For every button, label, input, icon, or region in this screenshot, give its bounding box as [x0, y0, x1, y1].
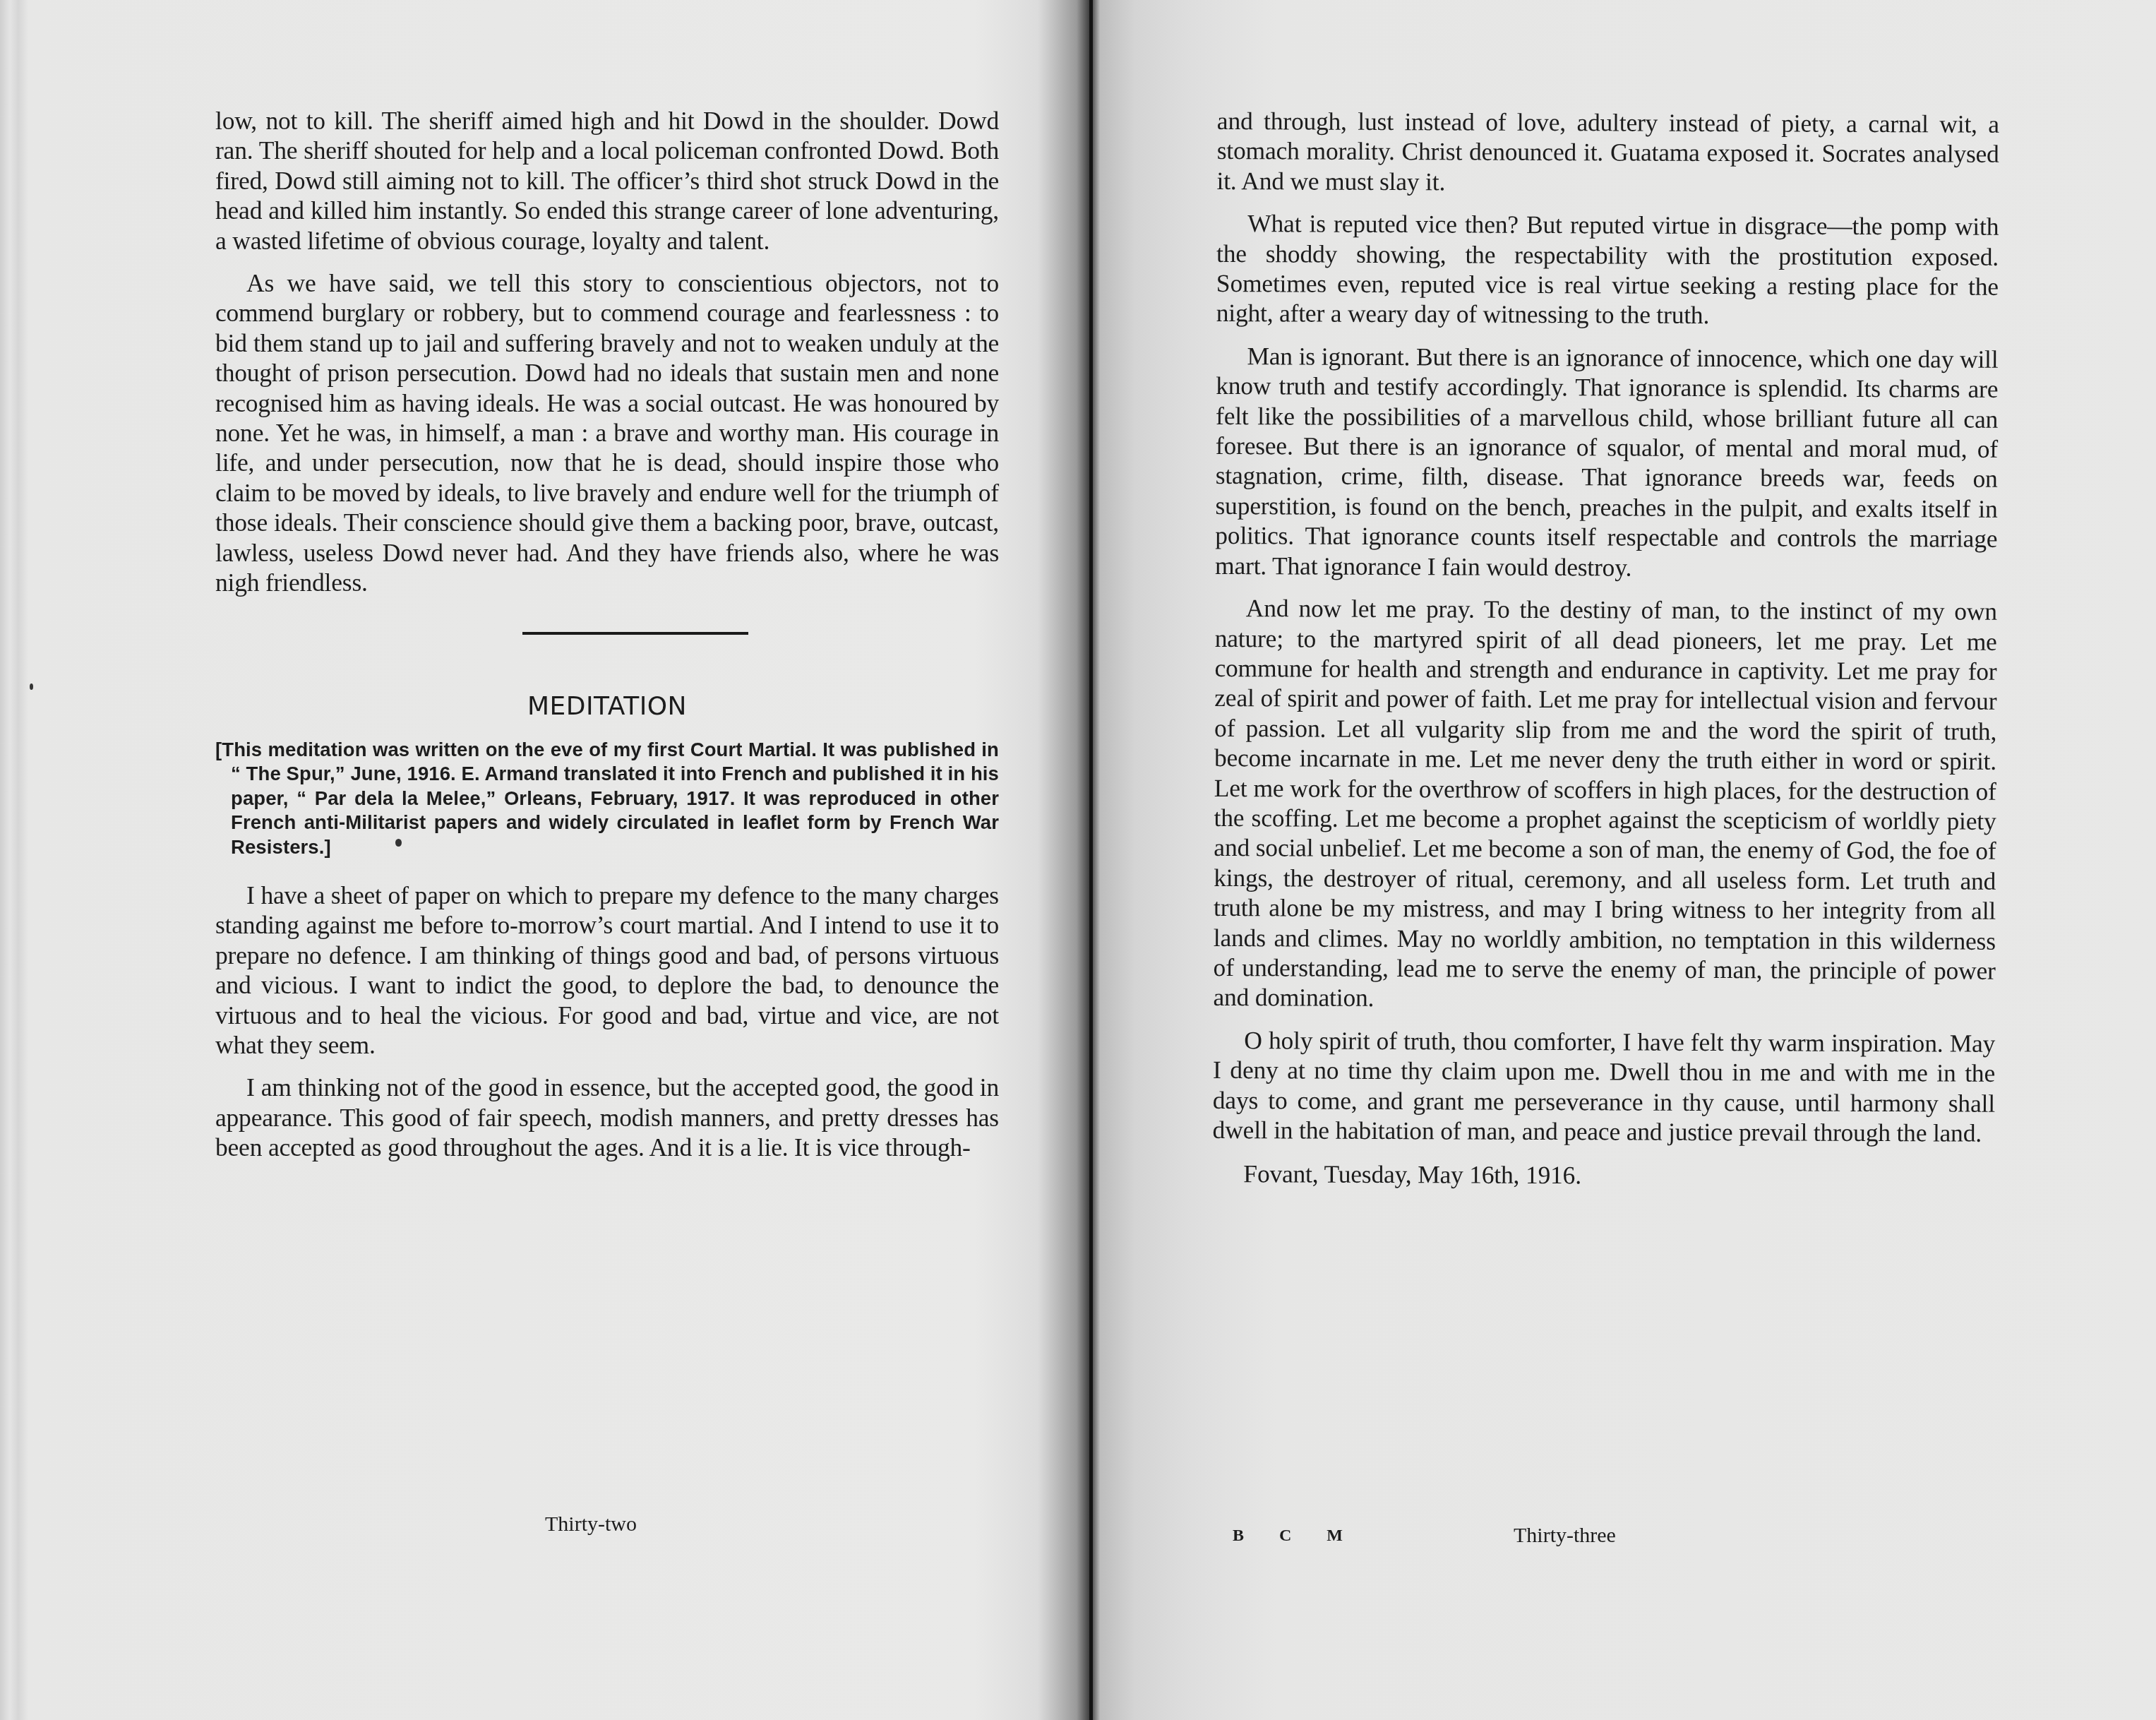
paragraph-continuation: and through, lust instead of love, adult… — [1216, 106, 1999, 199]
right-page-text-column: and through, lust instead of love, adult… — [1212, 106, 1999, 1205]
paragraph-ignorance: Man is ignorant. But there is an ignoran… — [1215, 341, 1998, 584]
page-number-right: Thirty-three — [1514, 1524, 1616, 1548]
ink-speck — [30, 683, 33, 690]
section-divider-rule — [522, 632, 748, 635]
left-page: low, not to kill. The sheriff aimed high… — [0, 0, 1093, 1720]
page-number-left: Thirty-two — [545, 1512, 637, 1536]
paragraph-reputed-vice: What is reputed vice then? But reputed v… — [1216, 208, 1999, 331]
paragraph-holy-spirit: O holy spirit of truth, thou comforter, … — [1213, 1025, 1996, 1148]
paragraph-continuation: low, not to kill. The sheriff aimed high… — [215, 106, 999, 256]
section-heading-meditation: MEDITATION — [215, 691, 999, 722]
meditation-paragraph: I am thinking not of the good in essence… — [215, 1073, 999, 1162]
paragraph-prayer: And now let me pray. To the destiny of m… — [1213, 593, 1997, 1016]
ink-speck — [395, 839, 402, 847]
printer-signature-mark: B C M — [1233, 1525, 1344, 1546]
dateline: Fovant, Tuesday, May 16th, 1916. — [1212, 1159, 1994, 1192]
meditation-paragraph: I have a sheet of paper on which to prep… — [215, 880, 999, 1060]
paragraph-conscientious-objectors: As we have said, we tell this story to c… — [215, 268, 999, 597]
editorial-note: [This meditation was written on the eve … — [215, 738, 999, 860]
left-page-text-column: low, not to kill. The sheriff aimed high… — [215, 106, 999, 1176]
